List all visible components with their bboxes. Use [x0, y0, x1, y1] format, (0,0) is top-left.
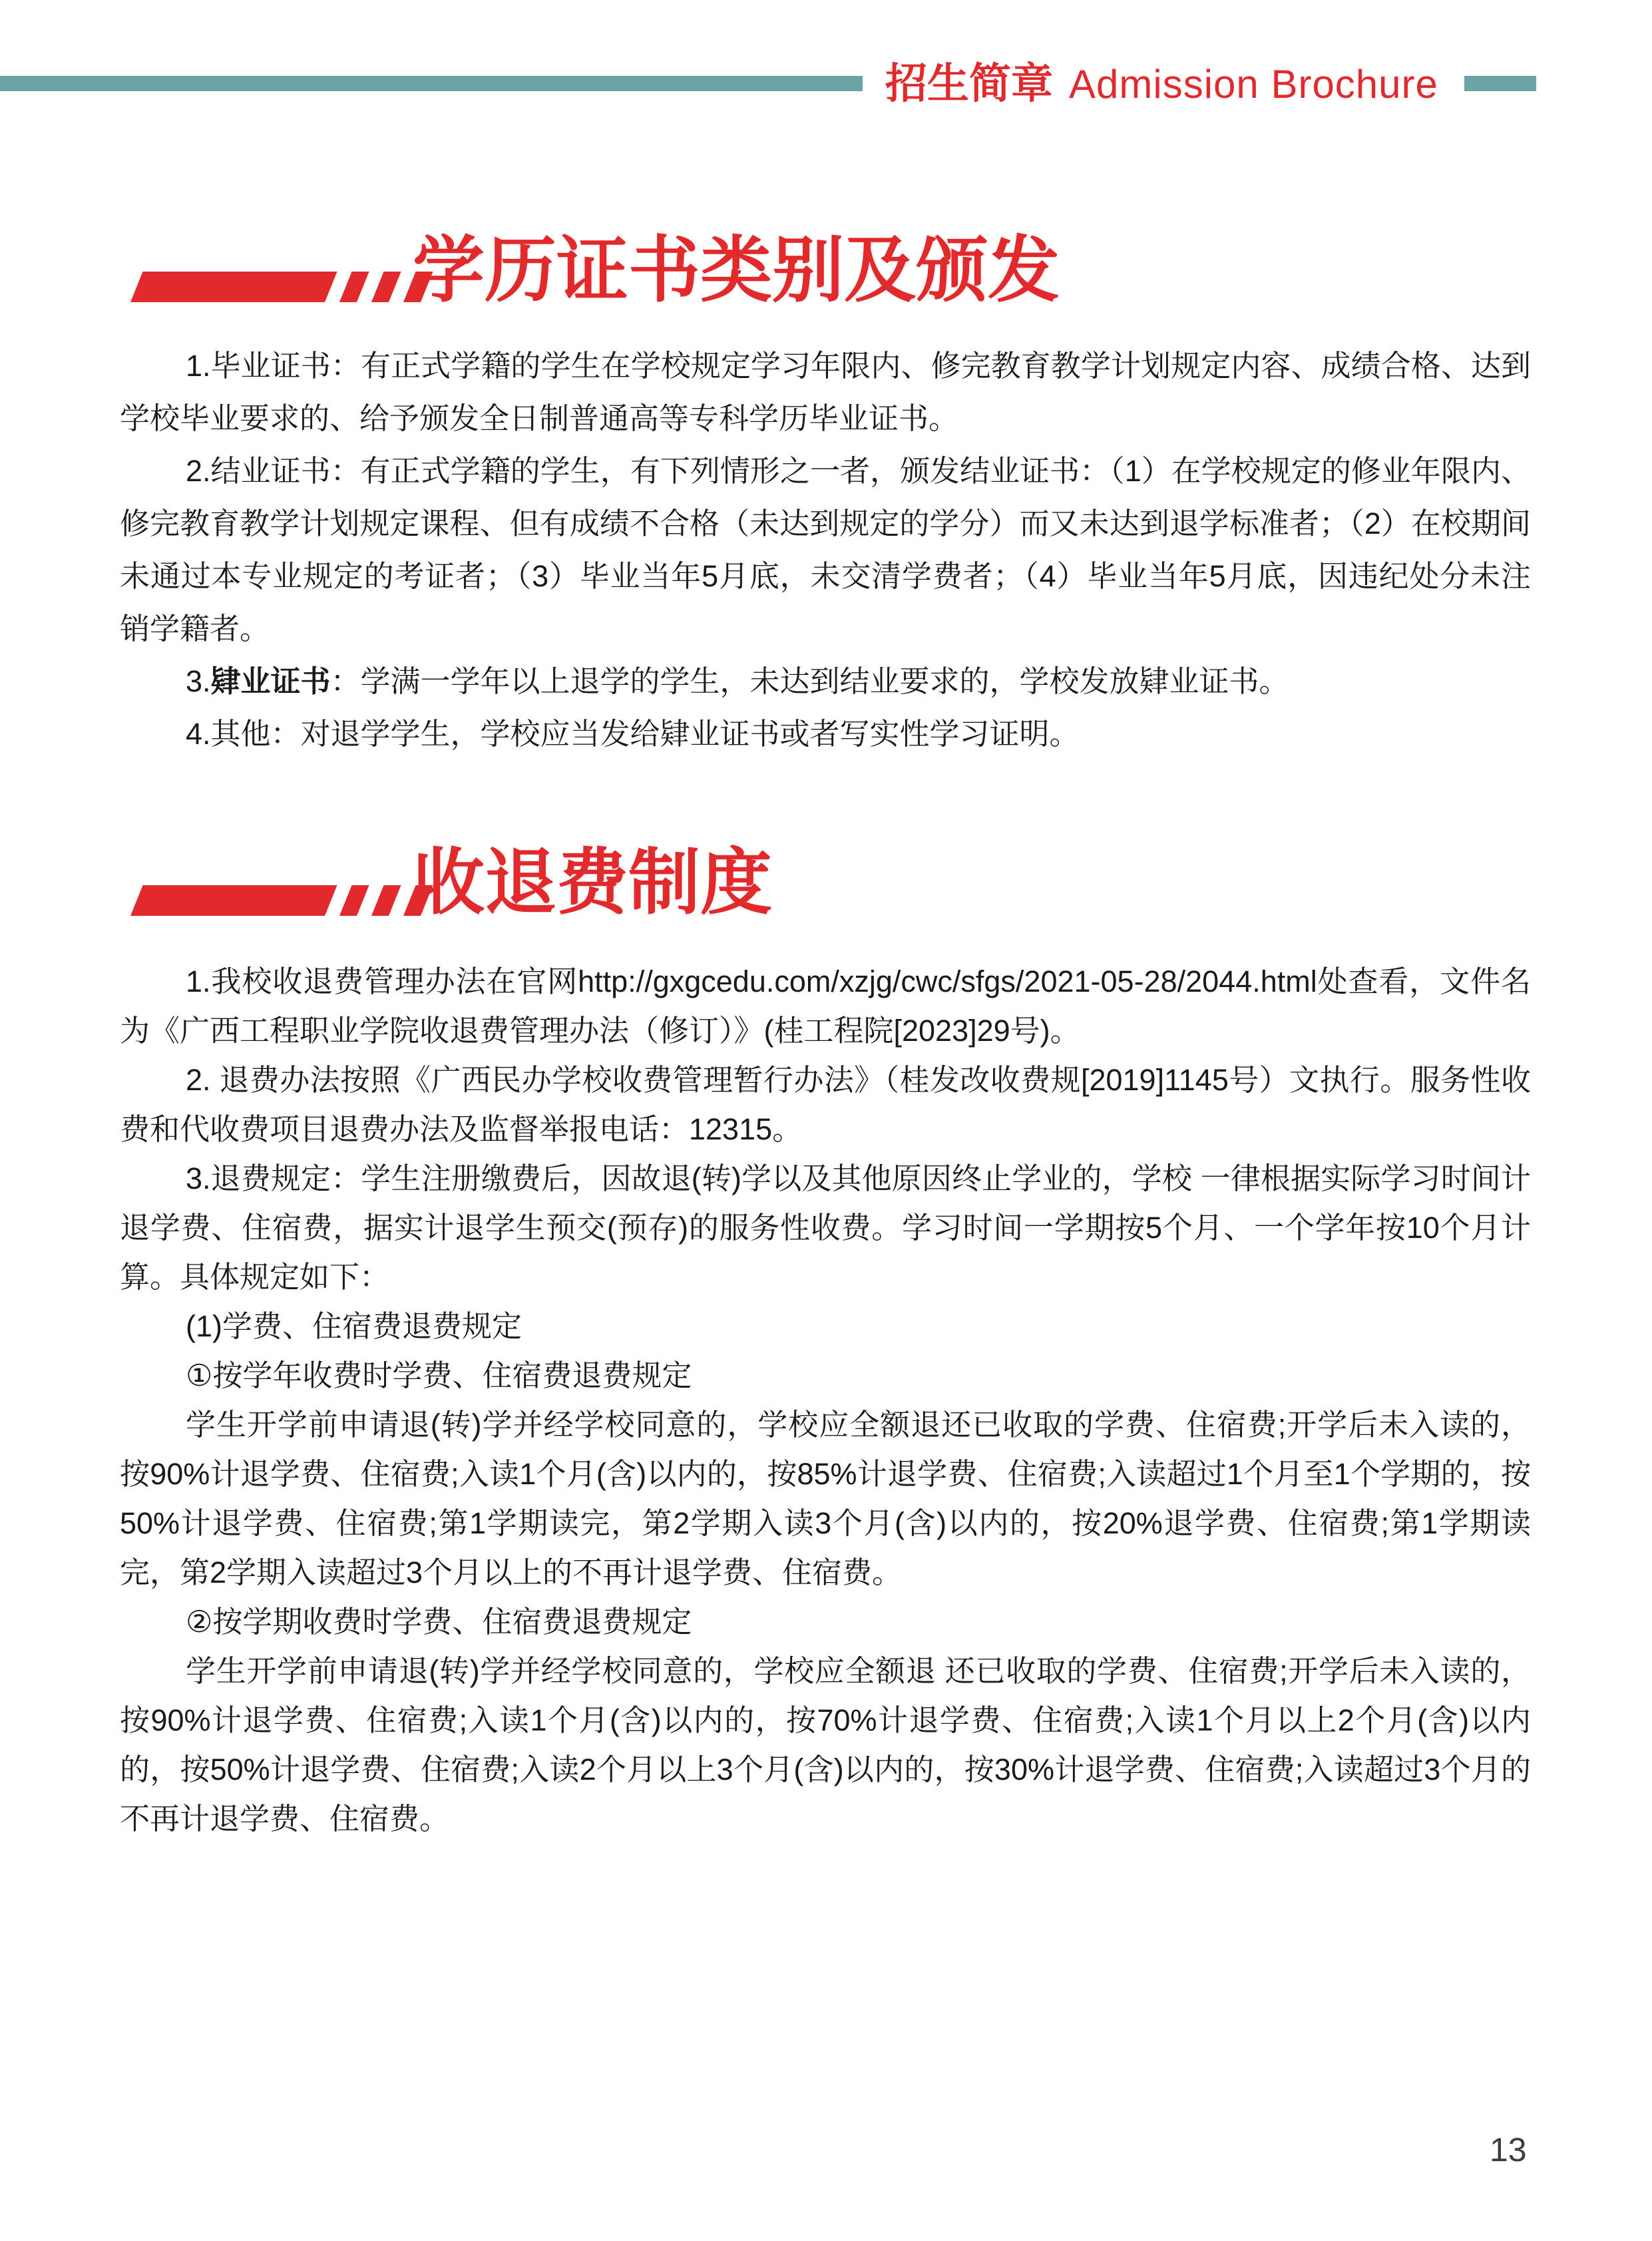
accent-slash-icon: [371, 272, 401, 302]
paragraph: 2.结业证书：有正式学籍的学生，有下列情形之一者，颁发结业证书：（1）在学校规定…: [120, 445, 1531, 655]
header-rule-right: [1464, 76, 1536, 91]
header-title-en: Admission Brochure: [1069, 61, 1438, 108]
page-number: 13: [1490, 2131, 1527, 2168]
section1-body: 1.毕业证书：有正式学籍的学生在学校规定学习年限内、修完教育教学计划规定内容、成…: [120, 339, 1531, 760]
paragraph-number: 3.: [186, 664, 211, 698]
paragraph: 4.其他：对退学学生，学校应当发给肄业证书或者写实性学习证明。: [120, 708, 1531, 760]
paragraph: 2. 退费办法按照《广西民办学校收费管理暂行办法》（桂发改收费规[2019]11…: [120, 1056, 1531, 1154]
accent-slash-icon: [339, 272, 369, 302]
accent-bar-icon: [130, 885, 337, 916]
section1-title: 学历证书类别及颁发: [413, 234, 1060, 306]
paragraph: (1)学费、住宿费退费规定: [120, 1302, 1531, 1351]
paragraph: ①按学年收费时学费、住宿费退费规定: [120, 1351, 1531, 1400]
paragraph: 学生开学前申请退(转)学并经学校同意的，学校应全额退 还已收取的学费、住宿费;开…: [120, 1647, 1531, 1844]
paragraph: 3.肄业证书：学满一学年以上退学的学生，未达到结业要求的，学校发放肄业证书。: [120, 655, 1531, 708]
header-rule-left: [0, 76, 863, 91]
paragraph: ②按学期收费时学费、住宿费退费规定: [120, 1597, 1531, 1647]
accent-slash-icon: [339, 885, 369, 916]
paragraph-bold-term: 肄业证书: [211, 664, 331, 698]
section2-title: 收退费制度: [413, 847, 772, 918]
accent-slash-icon: [371, 885, 401, 916]
section2-accent-bar: [130, 885, 433, 916]
paragraph: 3.退费规定：学生注册缴费后，因故退(转)学以及其他原因终止学业的，学校 一律根…: [120, 1154, 1531, 1302]
section2-body: 1.我校收退费管理办法在官网http://gxgcedu.com/xzjg/cw…: [120, 957, 1531, 1844]
header-title-zh: 招生简章: [885, 60, 1053, 108]
section1-accent-bar: [130, 272, 433, 302]
paragraph: 1.我校收退费管理办法在官网http://gxgcedu.com/xzjg/cw…: [120, 957, 1531, 1056]
paragraph-text: ：学满一学年以上退学的学生，未达到结业要求的，学校发放肄业证书。: [331, 664, 1289, 698]
brochure-page: 招生简章 Admission Brochure 学历证书类别及颁发 1.毕业证书…: [0, 0, 1652, 2241]
accent-bar-icon: [130, 272, 337, 302]
paragraph: 学生开学前申请退(转)学并经学校同意的，学校应全额退还已收取的学费、住宿费;开学…: [120, 1400, 1531, 1597]
paragraph: 1.毕业证书：有正式学籍的学生在学校规定学习年限内、修完教育教学计划规定内容、成…: [120, 339, 1531, 445]
